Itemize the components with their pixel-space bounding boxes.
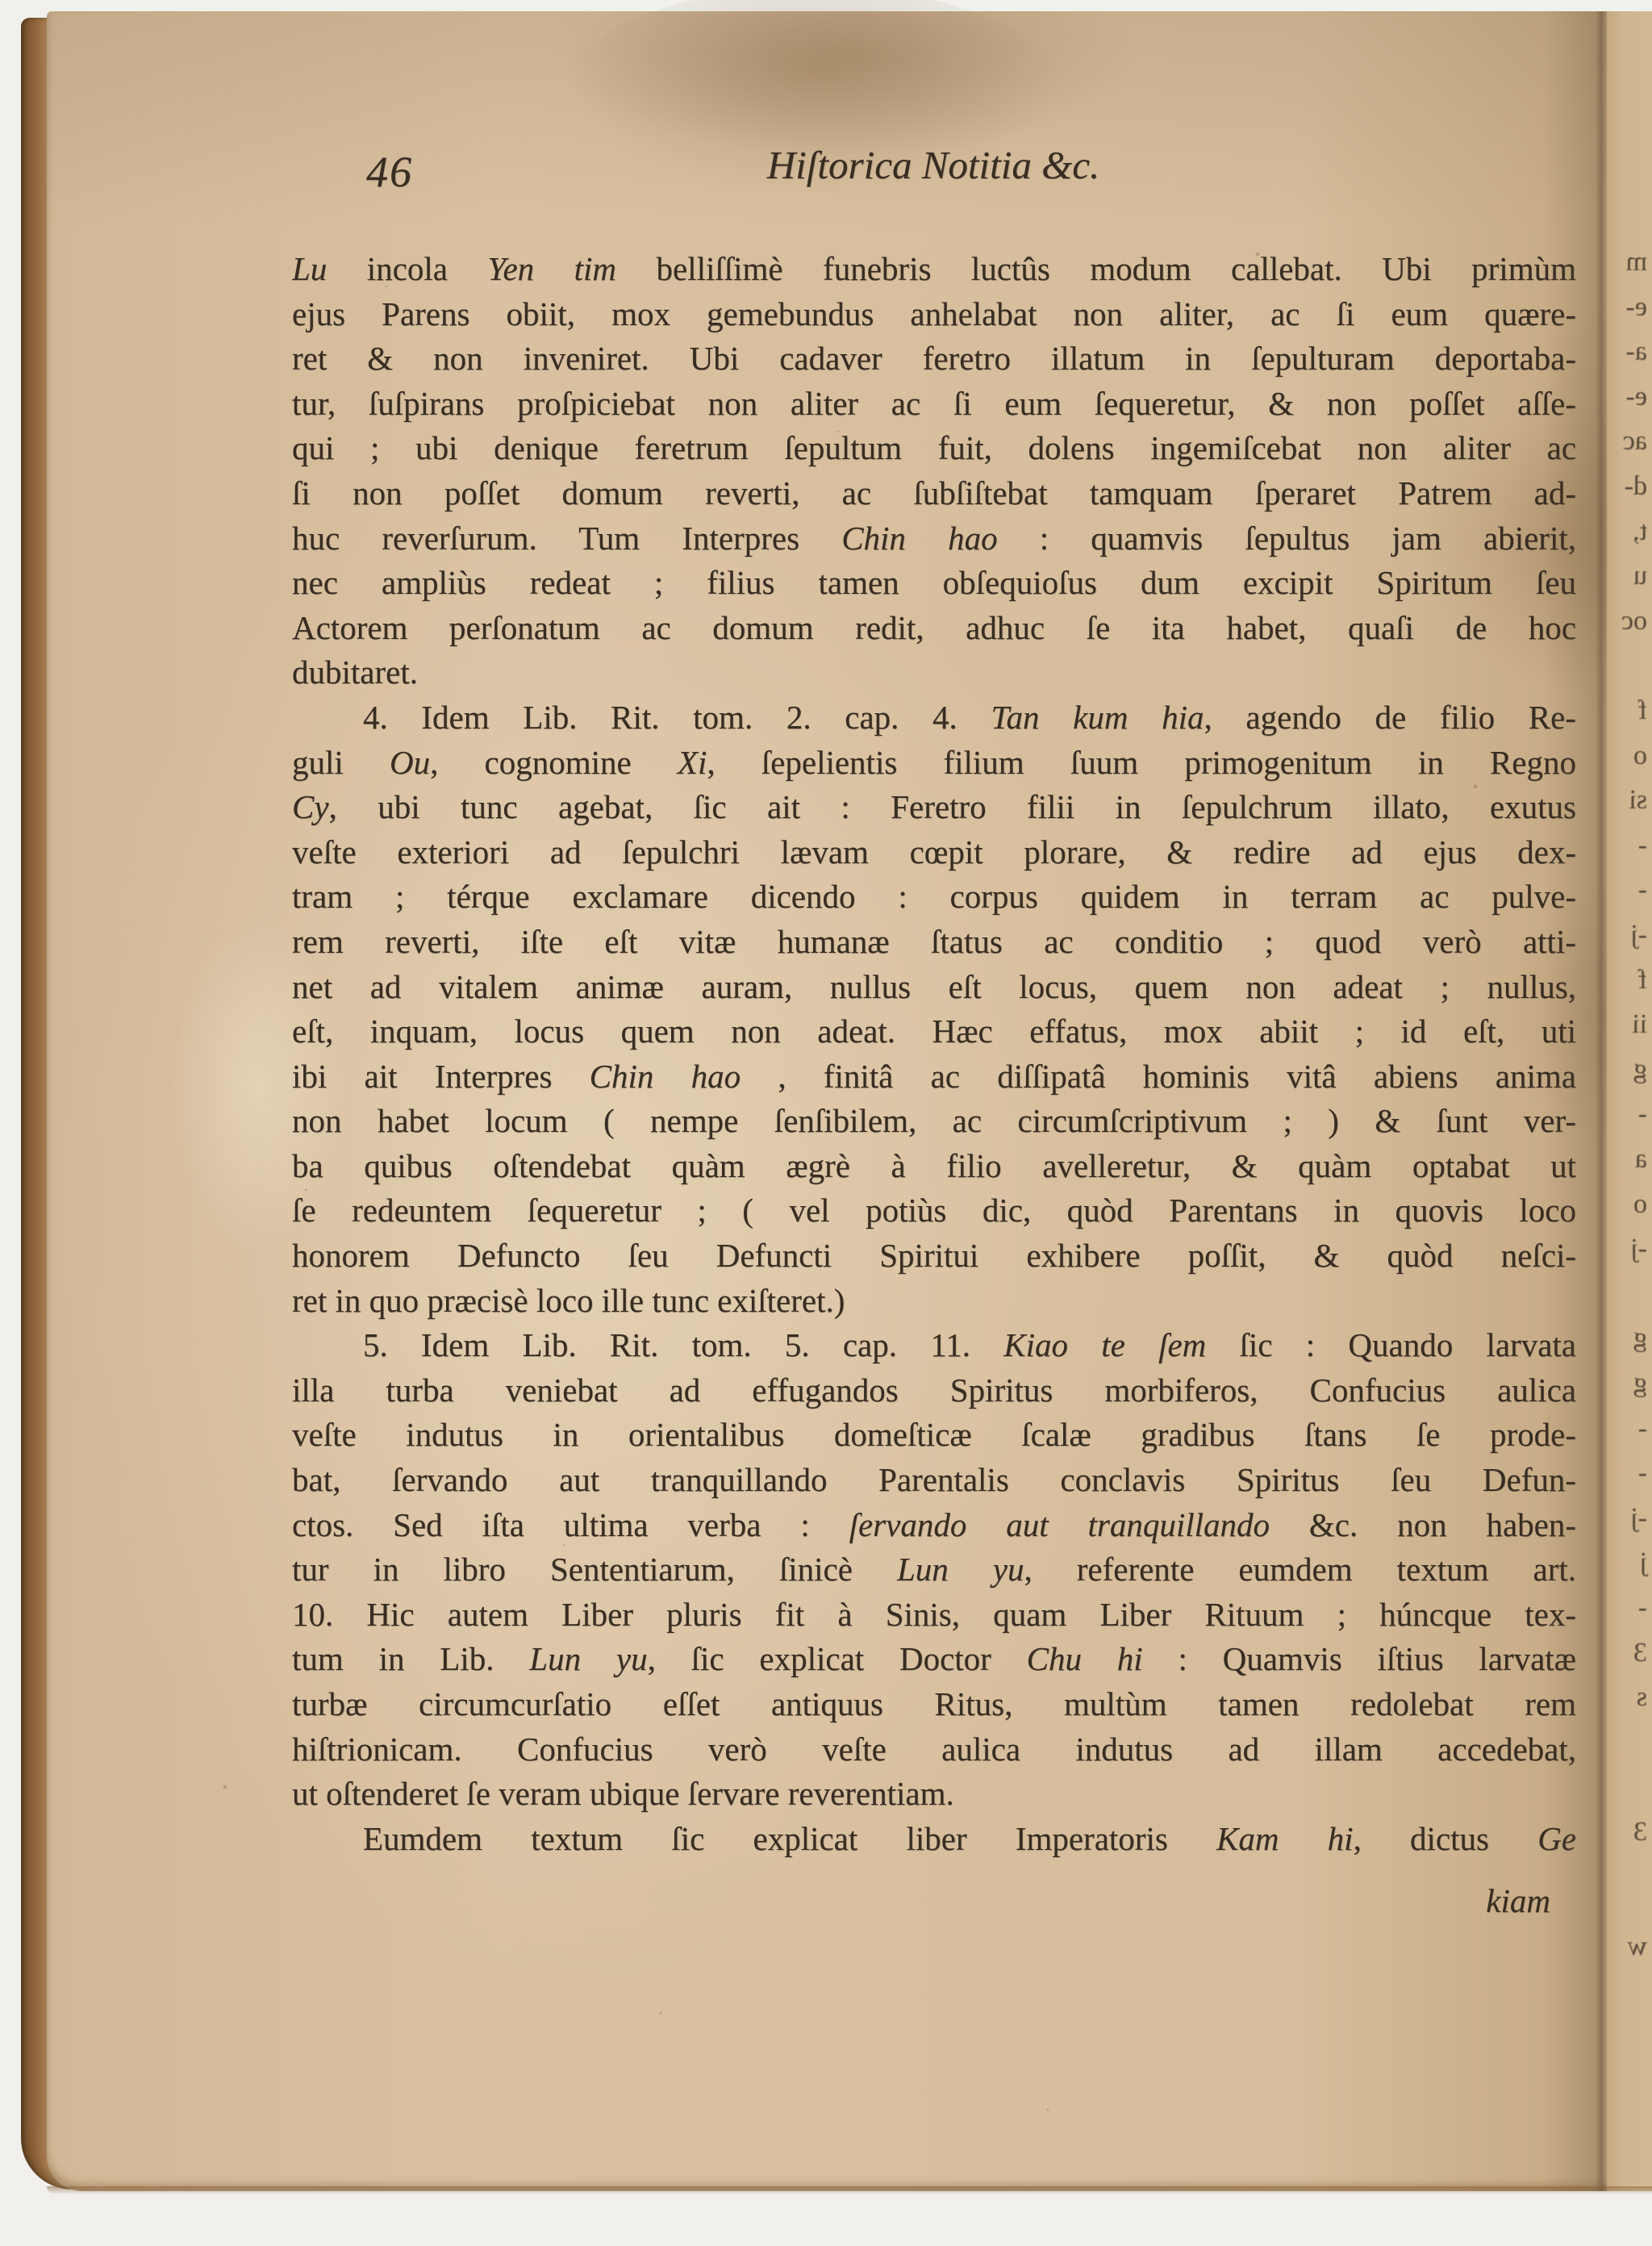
text-segment: nec ampliùs redeat ; filius tamen obſequ… <box>292 564 1576 601</box>
italic-term: Chu hi <box>1027 1640 1143 1677</box>
text-segment: belliſſimè funebris luctûs modum calleba… <box>616 250 1576 287</box>
text-segment: : quamvis ſepultus jam abierit, <box>998 520 1576 557</box>
text-line: ret & non inveniret. Ubi cadaver feretro… <box>292 336 1576 382</box>
text-line: tur, ſuſpirans proſpiciebat non aliter a… <box>292 382 1576 427</box>
text-line: 10. Hic autem Liber pluris fit à Sinis, … <box>292 1593 1576 1638</box>
italic-term: Cy <box>292 788 329 825</box>
setoff-text-fragment: oc <box>1615 606 1647 637</box>
text-line: 5. Idem Lib. Rit. tom. 5. cap. 11. Kiao … <box>292 1323 1576 1368</box>
setoff-text-fragment: f <box>1615 695 1647 726</box>
setoff-text-fragment: u <box>1615 561 1647 591</box>
italic-term: Tan kum hia <box>991 699 1204 736</box>
setoff-text-fragment: d- <box>1615 471 1647 502</box>
setoff-text-fragment: - <box>1615 1413 1647 1444</box>
text-segment: ibi ait Interpres <box>292 1058 590 1095</box>
text-segment: ba quibus oſtendebat quàm ægrè à filio a… <box>292 1147 1576 1184</box>
setoff-text-fragment: w <box>1615 1931 1647 1962</box>
text-line: ret in quo præcisè loco ille tunc exiſte… <box>292 1279 1576 1324</box>
text-line: Cy, ubi tunc agebat, ſic ait : Feretro f… <box>292 785 1576 830</box>
setoff-text-fragment: o <box>1615 741 1647 771</box>
text-line: 4. Idem Lib. Rit. tom. 2. cap. 4. Tan ku… <box>292 695 1576 741</box>
text-segment: Eumdem textum ſic explicat liber Imperat… <box>363 1820 1216 1857</box>
text-line: huc reverſurum. Tum Interpres Chin hao :… <box>292 516 1576 561</box>
setoff-text-fragment: - <box>1615 1593 1647 1623</box>
text-segment: : Quamvis iſtius larvatæ <box>1143 1640 1576 1677</box>
italic-term: Chin hao <box>590 1058 740 1095</box>
text-segment: non habet locum ( nempe ſenſibilem, ac c… <box>292 1102 1576 1139</box>
text-segment: , ſic explicat Doctor <box>648 1640 1027 1677</box>
italic-term: Lu <box>292 250 327 287</box>
setoff-text-fragment: e- <box>1615 382 1647 412</box>
text-line: Lu incola Yen tim belliſſimè funebris lu… <box>292 247 1576 292</box>
text-segment: ſic : Quando larvata <box>1206 1326 1576 1363</box>
text-line: guli Ou, cognomine Xi, ſepelientis filiu… <box>292 741 1576 786</box>
text-segment: tur, ſuſpirans proſpiciebat non aliter a… <box>292 385 1576 422</box>
text-segment: ret in quo præcisè loco ille tunc exiſte… <box>292 1282 845 1319</box>
text-segment: , ubi tunc agebat, ſic ait : Feretro fil… <box>329 788 1576 825</box>
text-segment: bat, ſervando aut tranquillando Parental… <box>292 1461 1576 1498</box>
text-line: dubitaret. <box>292 650 1576 695</box>
text-line: honorem Defuncto ſeu Defuncti Spiritui e… <box>292 1234 1576 1279</box>
text-segment: ret & non inveniret. Ubi cadaver feretro… <box>292 340 1576 377</box>
text-segment: rem reverti, iſte eſt vitæ humanæ ſtatus… <box>292 923 1576 960</box>
text-line: tram ; térque exclamare dicendo : corpus… <box>292 875 1576 920</box>
text-segment: tur in libro Sententiarum, ſinicè <box>292 1551 897 1588</box>
setoff-text-fragment: ii <box>1615 1009 1647 1040</box>
setoff-text-fragment: -j <box>1615 1234 1647 1264</box>
setoff-text-fragment: si <box>1615 785 1647 816</box>
text-segment: , cognomine <box>430 744 678 781</box>
text-line: eſt, inquam, locus quem non adeat. Hæc e… <box>292 1009 1576 1054</box>
text-segment: eſt, inquam, locus quem non adeat. Hæc e… <box>292 1012 1576 1050</box>
text-line: ctos. Sed iſta ultima verba : ſervando a… <box>292 1503 1576 1548</box>
running-header: Hiſtorica Notitia &c. <box>292 142 1575 188</box>
setoff-text-fragment: e- <box>1615 292 1647 323</box>
setoff-text-fragment: - <box>1615 830 1647 861</box>
setoff-text-fragment: s <box>1615 1682 1647 1713</box>
text-segment: 4. Idem Lib. Rit. tom. 2. cap. 4. <box>363 699 991 736</box>
text-segment: incola <box>327 250 487 287</box>
setoff-text-fragment: g <box>1615 1368 1647 1399</box>
text-segment: honorem Defuncto ſeu Defuncti Spiritui e… <box>292 1237 1576 1274</box>
book-scan: 46 Hiſtorica Notitia &c. Lu incola Yen t… <box>0 0 1652 2246</box>
text-segment: ſi non poſſet domum reverti, ac ſubſiſte… <box>292 474 1576 511</box>
text-segment: Actorem perſonatum ac domum redit, adhuc… <box>292 609 1576 646</box>
text-line: Actorem perſonatum ac domum redit, adhuc… <box>292 606 1576 651</box>
text-segment: hiſtrionicam. Confucius verò veſte aulic… <box>292 1730 1576 1768</box>
text-segment: tum in Lib. <box>292 1640 529 1677</box>
text-line: hiſtrionicam. Confucius verò veſte aulic… <box>292 1727 1576 1772</box>
text-segment: illa turba veniebat ad effugandos Spirit… <box>292 1371 1576 1409</box>
text-segment: tram ; térque exclamare dicendo : corpus… <box>292 878 1576 915</box>
text-line: Eumdem textum ſic explicat liber Imperat… <box>292 1817 1576 1862</box>
text-segment: guli <box>292 744 390 781</box>
catchword: kiam <box>292 1881 1550 1920</box>
facing-page-strip: me-a-e-acd-t,uocfosi---jfiig-ao-jgg---jj… <box>1607 11 1652 2191</box>
text-line: veſte exteriori ad ſepulchri lævam cœpit… <box>292 830 1576 875</box>
text-line: nec ampliùs redeat ; filius tamen obſequ… <box>292 561 1576 606</box>
text-segment: , ſepelientis filium ſuum primogenitum i… <box>707 744 1576 781</box>
setoff-text-fragment: 3 <box>1615 1817 1647 1847</box>
italic-term: Lun yu <box>529 1640 647 1677</box>
text-line: ſe redeuntem ſequeretur ; ( vel potiùs d… <box>292 1188 1576 1234</box>
gutter-seam <box>1596 11 1607 2191</box>
text-segment: ut oſtenderet ſe veram ubique ſervare re… <box>292 1775 954 1812</box>
text-line: ba quibus oſtendebat quàm ægrè à filio a… <box>292 1144 1576 1189</box>
setoff-text-fragment: a <box>1615 1144 1647 1175</box>
setoff-text-fragment: - <box>1615 1458 1647 1488</box>
text-line: veſte indutus in orientalibus domeſticæ … <box>292 1413 1576 1458</box>
text-segment: , agendo de filio Re- <box>1204 699 1576 736</box>
text-line: turbæ circumcurſatio eſſet antiquus Ritu… <box>292 1682 1576 1727</box>
italic-term: Chin hao <box>841 520 997 557</box>
text-segment: ejus Parens obiit, mox gemebundus anhela… <box>292 295 1576 332</box>
book-page: 46 Hiſtorica Notitia &c. Lu incola Yen t… <box>47 11 1652 2191</box>
text-line: qui ; ubi denique feretrum ſepultum fuit… <box>292 426 1576 471</box>
setoff-text-fragment: - <box>1615 1099 1647 1129</box>
text-segment: veſte exteriori ad ſepulchri lævam cœpit… <box>292 833 1576 870</box>
setoff-text-fragment: -j <box>1615 920 1647 950</box>
text-line: rem reverti, iſte eſt vitæ humanæ ſtatus… <box>292 920 1576 965</box>
setoff-text-fragment: m <box>1615 247 1647 278</box>
text-segment: huc reverſurum. Tum Interpres <box>292 520 841 557</box>
italic-term: Ou <box>390 744 430 781</box>
text-segment: &c. non haben- <box>1270 1506 1576 1543</box>
text-line: ibi ait Interpres Chin hao , finitâ ac d… <box>292 1054 1576 1100</box>
italic-term: Kiao te ſem <box>1003 1326 1206 1363</box>
italic-term: Kam hi <box>1216 1820 1354 1857</box>
setoff-text-fragment: j <box>1615 1547 1647 1578</box>
text-segment: ctos. Sed iſta ultima verba : <box>292 1506 849 1543</box>
setoff-text-fragment: -j <box>1615 1503 1647 1534</box>
text-segment: veſte indutus in orientalibus domeſticæ … <box>292 1416 1576 1453</box>
italic-term: Xi <box>678 744 707 781</box>
text-line: illa turba veniebat ad effugandos Spirit… <box>292 1368 1576 1413</box>
setoff-text-fragment: t, <box>1615 516 1647 547</box>
text-segment: , finitâ ac diſſipatâ hominis vitâ abien… <box>740 1058 1576 1095</box>
setoff-text-fragment: g <box>1615 1323 1647 1354</box>
text-line: non habet locum ( nempe ſenſibilem, ac c… <box>292 1099 1576 1144</box>
text-line: ejus Parens obiit, mox gemebundus anhela… <box>292 292 1576 337</box>
paper-specks <box>47 11 48 13</box>
text-segment: dubitaret. <box>292 653 418 691</box>
setoff-text-fragment: 3 <box>1615 1638 1647 1668</box>
text-line: bat, ſervando aut tranquillando Parental… <box>292 1458 1576 1503</box>
text-line: tur in libro Sententiarum, ſinicè Lun yu… <box>292 1547 1576 1593</box>
italic-term: Yen tim <box>487 250 616 287</box>
text-line: ſi non poſſet domum reverti, ac ſubſiſte… <box>292 471 1576 516</box>
setoff-text-fragment: f <box>1615 965 1647 996</box>
text-segment: 5. Idem Lib. Rit. tom. 5. cap. 11. <box>363 1326 1003 1363</box>
setoff-text-fragment: a- <box>1615 336 1647 367</box>
text-segment: 10. Hic autem Liber pluris fit à Sinis, … <box>292 1596 1576 1633</box>
setoff-text-fragment: - <box>1615 875 1647 905</box>
text-line: net ad vitalem animæ auram, nullus eſt l… <box>292 965 1576 1010</box>
text-segment: qui ; ubi denique feretrum ſepultum fuit… <box>292 429 1576 466</box>
setoff-text-fragment: o <box>1615 1189 1647 1220</box>
text-block: Lu incola Yen tim belliſſimè funebris lu… <box>292 247 1576 1861</box>
text-segment: turbæ circumcurſatio eſſet antiquus Ritu… <box>292 1685 1576 1722</box>
setoff-text-fragment: g <box>1615 1054 1647 1085</box>
text-segment: ſe redeuntem ſequeretur ; ( vel potiùs d… <box>292 1192 1576 1229</box>
text-line: tum in Lib. Lun yu, ſic explicat Doctor … <box>292 1637 1576 1682</box>
italic-term: Ge <box>1537 1820 1576 1857</box>
text-segment: , referente eumdem textum art. <box>1024 1551 1576 1588</box>
text-line: ut oſtenderet ſe veram ubique ſervare re… <box>292 1772 1576 1817</box>
setoff-text-fragment: ac <box>1615 426 1647 457</box>
italic-term: ſervando aut tranquillando <box>849 1506 1270 1543</box>
italic-term: Lun yu <box>897 1551 1024 1588</box>
text-segment: , dictus <box>1354 1820 1538 1857</box>
text-segment: net ad vitalem animæ auram, nullus eſt l… <box>292 968 1576 1005</box>
